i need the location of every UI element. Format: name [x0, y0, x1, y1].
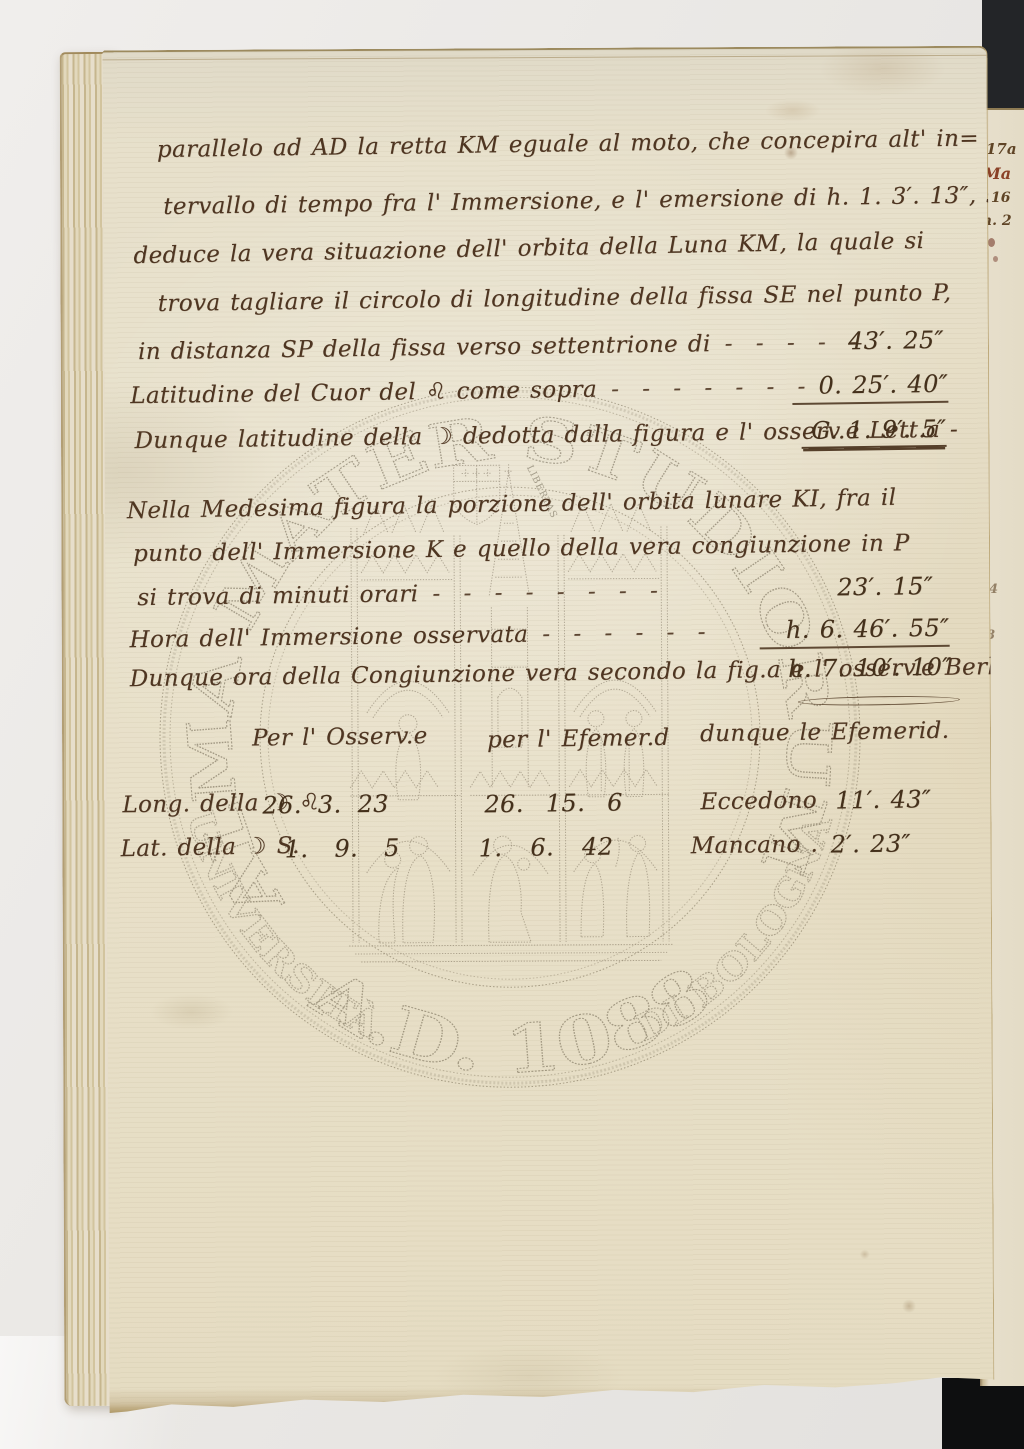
- difference-value: 2′. 23″: [830, 829, 911, 858]
- facing-text-fragment: 16: [991, 190, 1010, 206]
- difference-value: 11′. 43″: [835, 785, 931, 814]
- manuscript-line-4: trova tagliare il circolo di longitudine…: [158, 280, 952, 317]
- ephemeris-value: 26. 15. 6: [484, 788, 623, 818]
- difference-word: Eccedono: [700, 788, 817, 816]
- line-text: si trova di minuti orari: [137, 581, 419, 611]
- under-sheet-edge: [102, 55, 986, 61]
- leader-dashes: - - - - -: [725, 329, 864, 357]
- line-text: in distanza SP della fissa verso settent…: [138, 331, 711, 365]
- leader-dashes: - - - - - -: [542, 619, 713, 647]
- facing-text-fragment: 4: [989, 582, 998, 597]
- scanner-background-bottom-right: [942, 1378, 1024, 1449]
- line-value: 23′. 15″: [837, 572, 933, 601]
- manuscript-line-1: parallelo ad AD la retta KM eguale al mo…: [157, 126, 979, 163]
- line-value: 43′. 25″: [848, 326, 944, 355]
- ink-blot: [993, 256, 998, 262]
- row-label: Lat. della ☽ S.: [120, 833, 300, 862]
- line-text: Hora dell' Immersione osservata: [129, 622, 528, 654]
- scanner-background-top-right: [982, 0, 1024, 114]
- table-row-latitude: Lat. della ☽ S. 1. 9. 5 1. 6. 42 Mancano…: [102, 48, 986, 53]
- line-text: parallelo ad AD la retta KM eguale al mo…: [157, 126, 979, 163]
- table-header-ephemeris: per l' Efemer.d: [487, 725, 670, 754]
- page-bottom-edge: [109, 1384, 993, 1415]
- facing-text-fragment: 17a: [986, 140, 1017, 158]
- manuscript-line-5: in distanza SP della fissa verso settent…: [138, 328, 944, 365]
- observed-value: 1. 9. 5: [284, 834, 400, 864]
- table-row-longitude: Long. della ☽ ♌ 26. 3. 23 26. 15. 6 Ecce…: [102, 48, 986, 53]
- observed-value: 26. 3. 23: [262, 790, 389, 820]
- line-text: deduce la vera situazione dell' orbita d…: [133, 228, 924, 269]
- manuscript-line-3: deduce la vera situazione dell' orbita d…: [133, 228, 924, 269]
- line-value: G. 1. 9′. 5″: [801, 415, 947, 449]
- ephemeris-value: 1. 6. 42: [478, 832, 613, 862]
- table-header-difference: dunque le Efemerid.: [700, 718, 950, 747]
- difference-word: Mancano .: [690, 831, 818, 859]
- manuscript-page: ALMA MATER STUDIORUM A.D. 1088 UNIVERSIT…: [102, 46, 994, 1415]
- line-value: 0. 25′. 40″: [792, 370, 948, 405]
- line-text: trova tagliare il circolo di longitudine…: [158, 280, 952, 317]
- line-text: tervallo di tempo fra l' Immersione, e l…: [163, 182, 1006, 220]
- ink-blot: [988, 238, 995, 247]
- manuscript-line-2: tervallo di tempo fra l' Immersione, e l…: [163, 182, 1006, 220]
- line-value: h. 7. 10′. 10″: [788, 653, 952, 683]
- scanned-book-spread: 17a Ma 16 h. 2 4 8 ALMA MATER STUDIOR: [0, 0, 1024, 1449]
- leader-dashes: - - - - - - - -: [432, 578, 665, 607]
- table-header-observation: Per l' Osserv.e: [252, 723, 428, 751]
- line-value: h. 6. 46′. 55″: [760, 614, 950, 650]
- leader-dashes: - - - - - - -: [611, 374, 813, 403]
